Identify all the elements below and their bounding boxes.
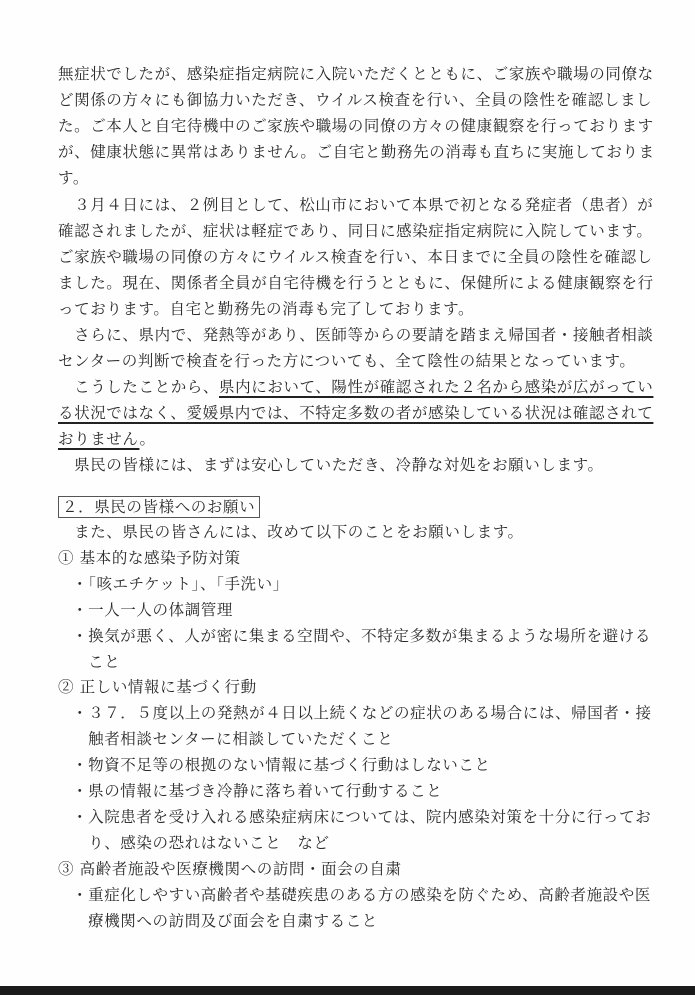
bullet-item: ・一人一人の体調管理 [72,597,662,623]
bullet-item: ・３７．５度以上の発熱が４日以上続くなどの症状のある場合には、帰国者・接 [72,700,662,726]
underlined-text: る状況ではなく、愛媛県内では、不特定多数の者が感染している状況は確認されて [58,404,653,422]
list-item-title: ① 基本的な感染予防対策 [58,545,648,571]
bullet-item: ・県の情報に基づき冷静に落ち着いて行動すること [72,778,662,804]
plain-text: 。 [139,430,155,448]
plain-text: こうしたことから、 [58,378,219,396]
text-line: 確認されましたが、症状は軽症であり、同日に感染症指定病院に入院しています。 [58,218,648,244]
bullet-item: ・重症化しやすい高齢者や基礎疾患のある方の感染を防ぐため、高齢者施設や医 [72,882,662,908]
underlined-text: おりません [58,430,139,448]
text-line: こうしたことから、県内において、陽性が確認された２名から感染が広がってい [58,374,648,400]
list-item-title: ② 正しい情報に基づく行動 [58,674,648,700]
document-page: 無症状でしたが、感染症指定病院に入院いただくとともに、ご家族や職場の同僚な ど関… [0,0,695,985]
bullet-item-continued: 触者相談センターに相談していただくこと [72,726,662,752]
section-heading: ２．県民の皆様へのお願い [58,496,260,518]
text-line: おりません。 [58,426,648,452]
underlined-text: 県内において、陽性が確認された２名から感染が広がってい [219,378,653,396]
section-heading-line: ２．県民の皆様へのお願い [58,494,648,520]
bullet-item: ・「咳エチケット」、「手洗い」 [72,571,662,597]
text-line: る状況ではなく、愛媛県内では、不特定多数の者が感染している状況は確認されて [58,400,648,426]
bullet-item: ・換気が悪く、人が密に集まる空間や、不特定多数が集まるような場所を避ける [72,623,662,649]
text-line: センターの判断で検査を行った方についても、全て陰性の結果となっています。 [58,348,648,374]
section-intro: また、県民の皆さんには、改めて以下のことをお願いします。 [58,519,648,545]
text-line: た。ご本人と自宅待機中のご家族や職場の同僚の方々の健康観察を行っております [58,113,648,139]
bullet-item-continued: こと [72,649,662,675]
text-line: ました。現在、関係者全員が自宅待機を行うとともに、保健所による健康観察を行 [58,270,648,296]
text-line: 無症状でしたが、感染症指定病院に入院いただくとともに、ご家族や職場の同僚な [58,61,648,87]
text-line: ご家族や職場の同僚の方々にウイルス検査を行い、本日までに全員の陰性を確認し [58,244,648,270]
text-line: 県民の皆様には、まずは安心していただき、冷静な対処をお願いします。 [58,452,648,478]
bullet-item-continued: り、感染の恐れはないこと など [72,830,662,856]
text-line: ３月４日には、２例目として、松山市において本県で初となる発症者（患者）が [58,192,648,218]
text-line: が、健康状態に異常はありません。ご自宅と勤務先の消毒も直ちに実施しておりま [58,139,648,165]
text-line: っております。自宅と勤務先の消毒も完了しております。 [58,296,648,322]
bullet-item: ・物資不足等の根拠のない情報に基づく行動はしないこと [72,752,662,778]
bullet-item: ・入院患者を受け入れる感染症病床については、院内感染対策を十分に行ってお [72,804,662,830]
text-line: す。 [58,165,648,191]
bottom-edge-bar [0,986,695,995]
list-item-title: ③ 高齢者施設や医療機関への訪問・面会の自粛 [58,856,648,882]
bullet-item-continued: 療機関への訪問及び面会を自粛すること [72,908,662,934]
text-line: さらに、県内で、発熱等があり、医師等からの要請を踏まえ帰国者・接触者相談 [58,322,648,348]
text-line: ど関係の方々にも御協力いただき、ウイルス検査を行い、全員の陰性を確認しまし [58,87,648,113]
